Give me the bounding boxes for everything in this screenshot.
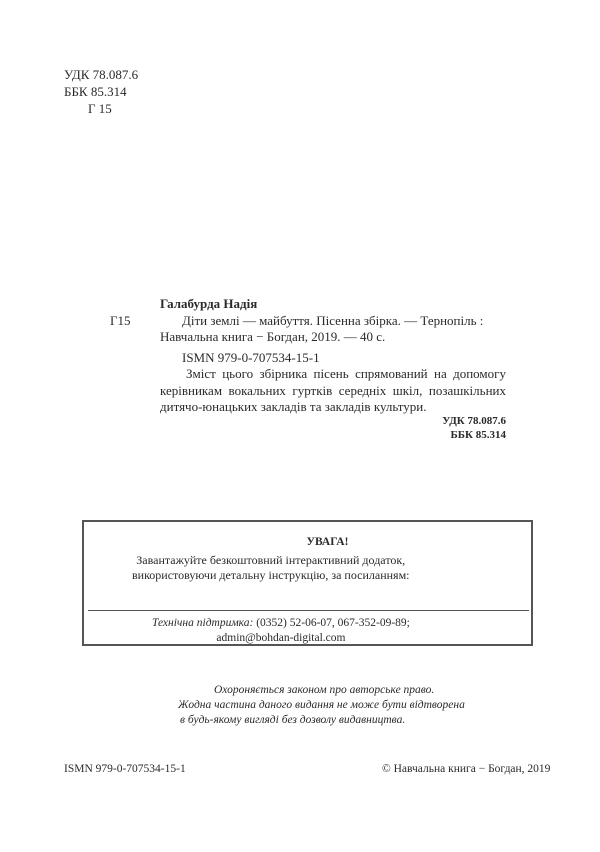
title-line-1: Діти землі — майбуття. Пісенна збірка. —… xyxy=(182,313,483,329)
rights-line-1: Охороняється законом про авторське право… xyxy=(178,683,465,698)
card-code: Г15 xyxy=(110,313,131,329)
rights-line-3: в будь-якому вигляді без дозволу видавни… xyxy=(178,713,465,728)
abstract-codes: УДК 78.087.6 ББК 85.314 xyxy=(380,414,506,442)
title-line-2: Навчальна книга − Богдан, 2019. — 40 с. xyxy=(160,329,385,345)
tech-support: Технічна підтримка: (0352) 52-06-07, 067… xyxy=(152,616,410,646)
abstract-bbk: ББК 85.314 xyxy=(380,428,506,442)
support-label: Технічна підтримка: xyxy=(152,617,253,629)
card-isbn: ISMN 979-0-707534-15-1 xyxy=(182,350,320,366)
support-email[interactable]: admin@bohdan-digital.com xyxy=(152,631,410,646)
abstract: Зміст цього збірника пісень спрямований … xyxy=(160,366,506,416)
notice-box: УВАГА! Завантажуйте безкоштовний інтерак… xyxy=(82,520,533,646)
udk-code: УДК 78.087.6 xyxy=(64,66,138,83)
footer-copyright: © Навчальна книга − Богдан, 2019 xyxy=(382,763,550,775)
notice-line-2: використовуючи детальну інструкцію, за п… xyxy=(132,568,410,583)
author-mark: Г 15 xyxy=(64,100,138,117)
notice-title: УВАГА! xyxy=(84,536,531,548)
footer-isbn: ISMN 979-0-707534-15-1 xyxy=(64,763,186,775)
author-name: Галабурда Надія xyxy=(160,296,257,312)
notice-line-1: Завантажуйте безкоштовний інтерактивний … xyxy=(132,553,410,568)
classification-codes: УДК 78.087.6 ББК 85.314 Г 15 xyxy=(64,66,138,117)
notice-text: Завантажуйте безкоштовний інтерактивний … xyxy=(132,553,410,583)
support-phones: (0352) 52-06-07, 067-352-09-89; xyxy=(253,617,410,629)
rights-line-2: Жодна частина даного видання не може бут… xyxy=(178,698,465,713)
abstract-udk: УДК 78.087.6 xyxy=(380,414,506,428)
abstract-text: Зміст цього збірника пісень спрямований … xyxy=(160,366,506,416)
bbk-code: ББК 85.314 xyxy=(64,83,138,100)
copyright-notice: Охороняється законом про авторське право… xyxy=(178,683,465,728)
notice-divider xyxy=(88,610,529,611)
